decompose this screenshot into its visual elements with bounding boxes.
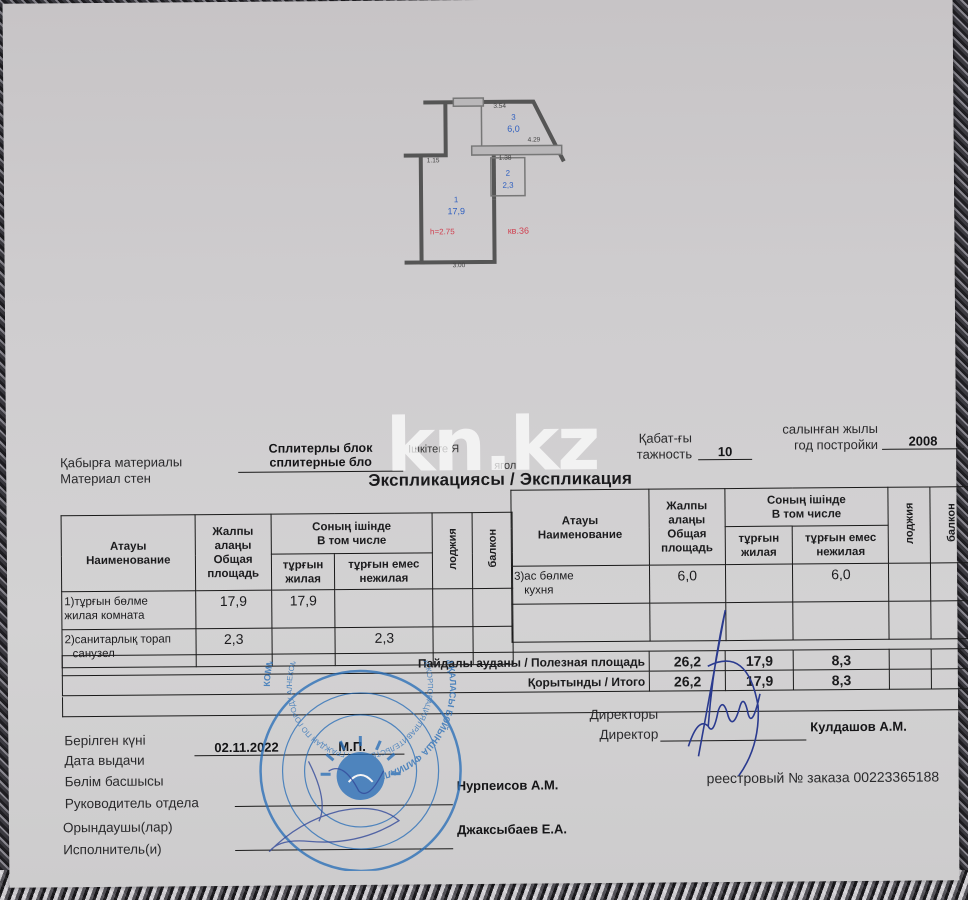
header-balcony: балкон <box>930 487 968 563</box>
wall-material-value: Сплитерлы блок сплитерные бло <box>238 441 403 473</box>
room-1-number: 1 <box>454 195 459 204</box>
issue-date-label: Берілген күні Дата выдачи <box>64 731 146 772</box>
director-signature <box>667 606 778 777</box>
header-name: АтауыНаименование <box>511 489 649 566</box>
header-total-area: ЖалпыалаңыОбщаяплощадь <box>195 514 271 591</box>
header-name: АтауыНаименование <box>61 515 195 592</box>
official-stamp: КОММЕРЦИЯЛЫҚ ЕМЕС АКЦИОНЕРЛІК ҚОҒАМЫ АЛМ… <box>248 660 475 872</box>
totals-table: Пайдалы ауданы / Полезная площадь 26,2 1… <box>62 648 968 696</box>
director-label: Директоры Директор <box>582 705 658 746</box>
floors-value: 10 <box>698 444 752 460</box>
dim-429: 4.29 <box>528 137 541 144</box>
director-name: Кулдашов А.М. <box>810 719 907 735</box>
floor-plan-drawing: 3.54 4.29 1.38 1.15 3.00 3 6,0 2 2,3 1 1… <box>393 89 594 271</box>
room-3-area: 6,0 <box>507 124 520 134</box>
year-label: салынған жылы год постройки <box>772 421 878 454</box>
header-including: Соның ішіндеВ том числе <box>271 513 433 554</box>
dim-300: 3.00 <box>453 262 466 269</box>
year-label-kz: салынған жылы <box>772 421 878 438</box>
header-living: тұрғынжилая <box>725 526 793 565</box>
header-living: тұрғынжилая <box>271 554 335 591</box>
room-1-area: 17,9 <box>447 206 465 216</box>
header-including: Соның ішіндеВ том числе <box>724 487 888 526</box>
header-total-area: ЖалпыалаңыОбщаяплощадь <box>649 489 725 566</box>
explication-table-left: АтауыНаименование ЖалпыалаңыОбщаяплощадь… <box>61 512 514 669</box>
header-loggia: лоджия <box>432 513 472 589</box>
floor-plan: 3.54 4.29 1.38 1.15 3.00 3 6,0 2 2,3 1 1… <box>393 89 594 271</box>
header-nonliving: тұрғын емеснежилая <box>793 525 889 564</box>
floors-label: Қабат-ғы тажность <box>618 430 692 463</box>
dept-head-label: Бөлім басшысы Руководитель отдела <box>65 770 199 815</box>
header-nonliving: тұрғын емеснежилая <box>335 553 433 590</box>
wall-material-value-ru: сплитерные бло <box>238 455 403 470</box>
dim-354: 3.54 <box>493 103 506 110</box>
table-row: 1)тұрғын бөлмежилая комната 17,9 17,9 <box>62 588 513 630</box>
room-2-number: 2 <box>506 169 511 178</box>
room-2-area: 2,3 <box>502 181 514 190</box>
apartment-number: кв.36 <box>508 226 529 236</box>
room-3-number: 3 <box>511 113 516 122</box>
year-label-ru: год постройки <box>772 437 878 454</box>
wall-material-label-kz: Қабырға материалы <box>60 454 182 471</box>
header-loggia: лоджия <box>888 487 930 563</box>
watermark-logo: kn.kz <box>386 407 599 483</box>
document-page: 3.54 4.29 1.38 1.15 3.00 3 6,0 2 2,3 1 1… <box>3 0 960 888</box>
executor-label: Орындаушы(лар) Исполнитель(и) <box>63 816 173 861</box>
floors-label-kz: Қабат-ғы <box>618 430 692 447</box>
ceiling-height: h=2.75 <box>430 227 455 236</box>
wall-material-label-ru: Материал стен <box>60 470 182 487</box>
table-row: 3)ас бөлмекухня 6,0 6,0 <box>511 563 968 605</box>
dim-138: 1.38 <box>499 155 512 162</box>
floors-label-ru: тажность <box>618 446 692 463</box>
header-balcony: балкон <box>472 512 513 588</box>
wall-material-label: Қабырға материалы Материал стен <box>60 454 182 487</box>
wall-material-value-kz: Сплитерлы блок <box>238 441 403 456</box>
year-value: 2008 <box>882 433 964 450</box>
dim-115: 1.15 <box>427 157 440 164</box>
